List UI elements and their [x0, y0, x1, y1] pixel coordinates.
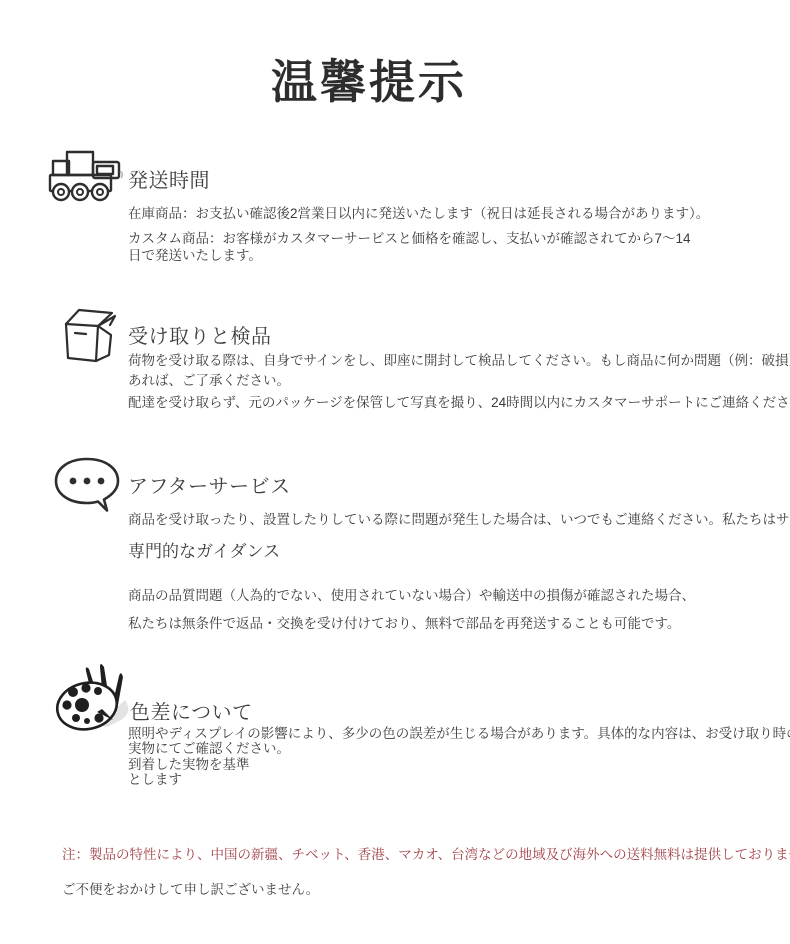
box-icon	[55, 300, 121, 371]
warm-tips-notice: 温馨提示 発送時間 在庫商品：お支払い確認後2営業日以内	[0, 0, 790, 944]
apology-text: ご不便をおかけして申し訳ございません。	[62, 878, 319, 898]
speech-bubble-icon	[52, 456, 124, 521]
section-heading-after-service: アフターサービス	[128, 470, 291, 499]
section-heading-color-difference: 色差について	[130, 696, 253, 725]
receipt-contact-text: 配達を受け取らず、元のパッケージを保管して写真を撮り、24時間以内にカスタマーサ…	[128, 393, 790, 413]
section-heading-receipt-inspection: 受け取りと検品	[128, 320, 272, 349]
subheading-professional-guidance: 専門的なガイダンス	[128, 537, 280, 562]
truck-icon	[47, 148, 125, 207]
color-difference-text: 照明やディスプレイの影響により、多少の色の誤差が生じる場合があります。具体的な内…	[128, 726, 790, 788]
return-exchange-text: 私たちは無条件で返品・交換を受け付けており、無料で部品を再発送することも可能です…	[128, 616, 680, 633]
after-service-contact-text: 商品を受け取ったり、設置したりしている際に問題が発生した場合は、いつでもご連絡く…	[128, 512, 790, 529]
receipt-sign-text: 荷物を受け取る際は、自身でサインをし、即座に開封して検品してください。もし商品に…	[128, 351, 790, 392]
shipping-custom-text: カスタム商品：お客様がカスタマーサービスと価格を確認し、支払いが確認されてから7…	[128, 231, 691, 265]
shipping-stock-text: 在庫商品：お支払い確認後2営業日以内に発送いたします（祝日は延長される場合があり…	[128, 206, 709, 223]
section-heading-shipping-time: 発送時間	[128, 164, 210, 193]
shipping-restriction-note: 注：製品の特性により、中国の新疆、チベット、香港、マカオ、台湾などの地域及び海外…	[62, 846, 790, 864]
quality-issue-text: 商品の品質問題（人為的でない、使用されていない場合）や輸送中の損傷が確認された場…	[128, 588, 695, 605]
page-title: 温馨提示	[0, 56, 738, 109]
palette-icon	[55, 660, 133, 737]
